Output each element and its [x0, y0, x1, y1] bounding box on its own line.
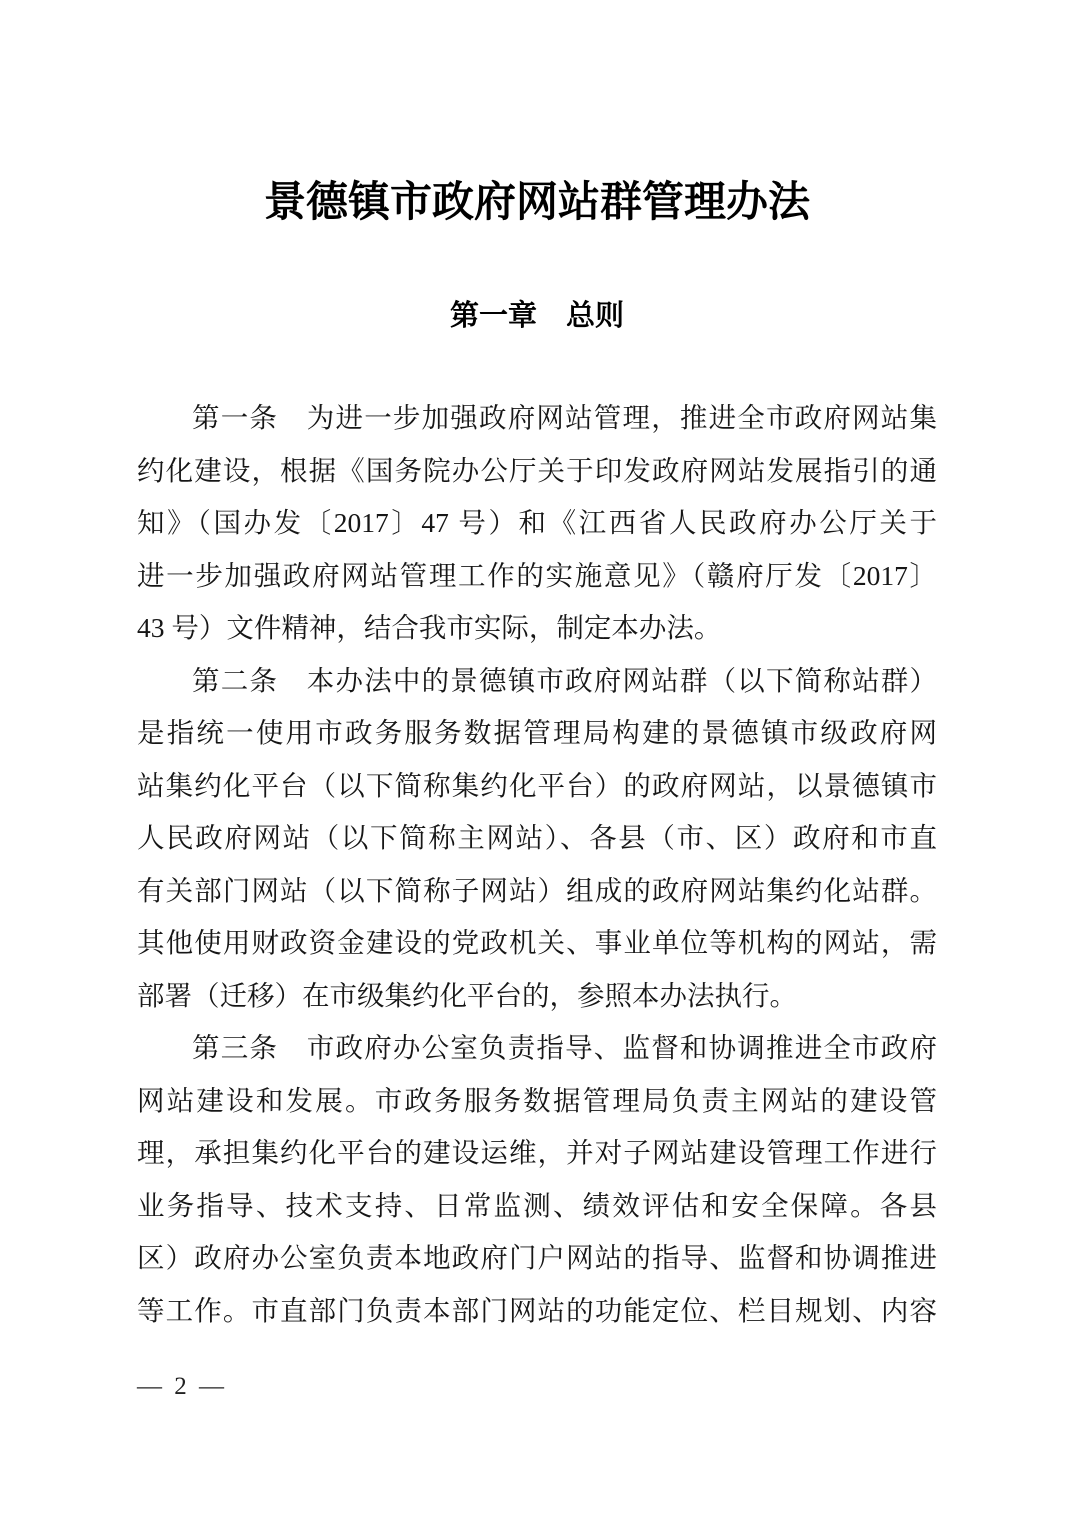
page-number: — 2 — — [137, 1372, 227, 1402]
body-line: 是指统一使用市政务服务数据管理局构建的景德镇市级政府网 — [137, 707, 937, 760]
body-line: 其他使用财政资金建设的党政机关、事业单位等机构的网站，需 — [137, 917, 937, 970]
body-line: 有关部门网站（以下简称子网站）组成的政府网站集约化站群。 — [137, 865, 937, 918]
body-line: 区）政府办公室负责本地政府门户网站的指导、监督和协调推进 — [137, 1232, 937, 1285]
document-body: 第一条 为进一步加强政府网站管理，推进全市政府网站集约化建设，根据《国务院办公厅… — [137, 392, 937, 1337]
body-line: 进一步加强政府网站管理工作的实施意见》（赣府厅发〔2017〕 — [137, 550, 937, 603]
chapter-heading: 第一章 总则 — [0, 298, 1074, 334]
document-page: 景德镇市政府网站群管理办法 第一章 总则 第一条 为进一步加强政府网站管理，推进… — [0, 0, 1074, 1520]
body-line: 第二条 本办法中的景德镇市政府网站群（以下简称站群） — [137, 655, 937, 708]
body-line: 部署（迁移）在市级集约化平台的，参照本办法执行。 — [137, 970, 937, 1023]
body-line: 知》（国办发〔2017〕47 号）和《江西省人民政府办公厅关于 — [137, 497, 937, 550]
body-line: 网站建设和发展。市政务服务数据管理局负责主网站的建设管 — [137, 1075, 937, 1128]
body-line: 第三条 市政府办公室负责指导、监督和协调推进全市政府 — [137, 1022, 937, 1075]
document-title: 景德镇市政府网站群管理办法 — [0, 178, 1074, 228]
body-line: 约化建设，根据《国务院办公厅关于印发政府网站发展指引的通 — [137, 445, 937, 498]
body-line: 人民政府网站（以下简称主网站）、各县（市、区）政府和市直 — [137, 812, 937, 865]
body-line: 43 号）文件精神，结合我市实际，制定本办法。 — [137, 602, 937, 655]
body-line: 等工作。市直部门负责本部门网站的功能定位、栏目规划、内容 — [137, 1285, 937, 1338]
body-line: 第一条 为进一步加强政府网站管理，推进全市政府网站集 — [137, 392, 937, 445]
body-line: 业务指导、技术支持、日常监测、绩效评估和安全保障。各县（市、 — [137, 1180, 937, 1233]
body-line: 理，承担集约化平台的建设运维，并对子网站建设管理工作进行 — [137, 1127, 937, 1180]
body-line: 站集约化平台（以下简称集约化平台）的政府网站，以景德镇市 — [137, 760, 937, 813]
